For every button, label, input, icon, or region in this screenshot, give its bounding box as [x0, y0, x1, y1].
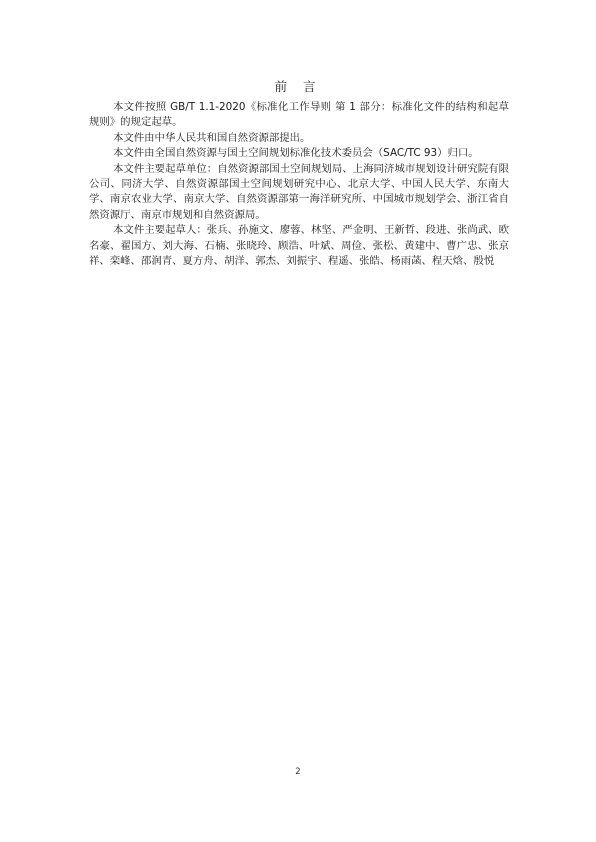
paragraph-drafters: 本文件主要起草人：张兵、孙施文、廖蓉、林坚、严金明、王新哲、段进、张尚武、欧名豪… [89, 223, 509, 269]
paragraph-proposer: 本文件由中华人民共和国自然资源部提出。 [89, 131, 509, 146]
page-title: 前 言 [0, 78, 596, 96]
paragraph-drafting-units: 本文件主要起草单位：自然资源部国土空间规划局、上海同济城市规划设计研究院有限公司… [89, 162, 509, 224]
paragraph-drafting-basis: 本文件按照 GB/T 1.1-2020《标准化工作导则 第 1 部分：标准化文件… [89, 100, 509, 131]
paragraph-technical-committee: 本文件由全国自然资源与国土空间规划标准化技术委员会（SAC/TC 93）归口。 [89, 146, 509, 161]
page-number: 2 [0, 767, 596, 777]
foreword-body: 本文件按照 GB/T 1.1-2020《标准化工作导则 第 1 部分：标准化文件… [89, 100, 509, 269]
